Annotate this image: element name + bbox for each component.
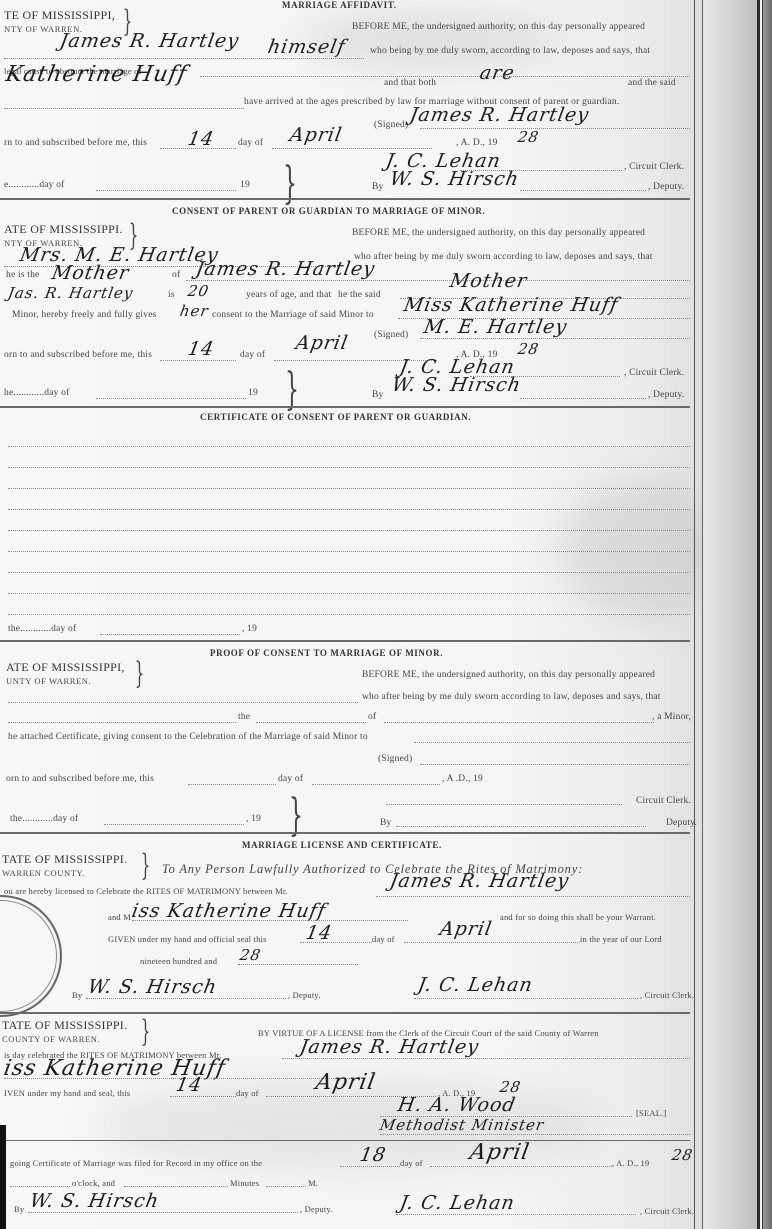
handwritten-minor-short: Jas. R. Hartley [6,284,135,302]
blank-line [4,108,244,109]
circuit-clerk-label: Circuit Clerk. [636,796,691,806]
handwritten-are: are [478,62,517,84]
day-of-text: day of [278,774,303,784]
deputy-label: Deputy. [666,818,697,828]
given-under-text: GIVEN under my hand and official seal th… [108,934,267,944]
circuit-clerk-label: , Circuit Clerk. [640,990,694,1000]
blank-line [8,593,690,594]
deputy-signature: W. S. Hirsch [388,168,521,190]
year-prefix: , 19 [242,624,257,634]
blank-line [396,1214,636,1215]
by-label: By [14,1204,24,1214]
and-the-said-text: and the said [628,78,676,88]
handwritten-bride: Katherine Huff [4,62,189,87]
signed-label: (Signed) [378,754,412,764]
deputy-label: , Deputy. [648,182,684,192]
state-label: ATE OF MISSISSIPPI. [4,222,123,237]
blank-line [8,572,690,573]
handwritten-day: 14 [186,338,216,360]
handwritten-groom: James R. Hartley [298,1036,481,1058]
by-label: By [372,390,384,400]
blank-line [414,998,638,999]
county-label: WARREN COUNTY. [2,868,85,878]
the-label: the [238,712,250,722]
official-seal-impression [0,895,62,1017]
brace: } [135,656,145,691]
photocopy-smudge [560,480,720,620]
clerk-signature: J. C. Lehan [416,974,535,996]
oclock-text: o'clock, and [72,1178,115,1188]
who-after-text: who after being by me duly sworn accordi… [362,692,661,702]
section-divider [0,640,690,642]
blank-line [170,1096,236,1097]
blank-line [404,942,580,943]
blank-line [8,509,690,510]
handwritten-year: 28 [516,128,540,146]
ad-label: , A. D., 19 [456,138,498,148]
brace: } [141,1014,151,1049]
brace: } [141,848,151,883]
state-label: ATE OF MISSISSIPPI, [6,660,125,675]
handwritten-officiant: H. A. Wood [396,1094,518,1116]
of-label: of [368,712,376,722]
blank-line [8,614,690,615]
handwritten-month: April [314,1070,378,1095]
handwritten-consent-to: Miss Katherine Huff [402,294,620,316]
and-that-both-text: and that both [384,78,436,88]
blank-line [4,58,364,59]
attached-certificate-text: he attached Certificate, giving consent … [8,732,368,742]
blank-line [8,722,236,723]
handwritten-minor: James R. Hartley [194,258,377,280]
blank-line [8,446,690,447]
who-after-text: who after being by me duly sworn accordi… [354,252,653,262]
section-divider [0,832,690,834]
blank-line [266,1186,306,1187]
state-label: TE OF MISSISSIPPI, [4,8,115,23]
blank-line [238,964,358,965]
blank-line [312,784,440,785]
filed-text: going Certificate of Marriage was filed … [10,1158,262,1168]
blank-line [380,1134,690,1135]
blank-line [396,826,646,827]
handwritten-month: April [468,1140,532,1165]
blank-line [282,1058,690,1059]
he-the-said-text: he the said [338,290,381,300]
day-of-text: day of [372,934,395,944]
blank-line [8,530,690,531]
blank-line [100,634,240,635]
sworn-text: rn to and subscribed before me, this [4,138,147,148]
handwritten-age: 20 [186,282,210,300]
blank-line [186,280,690,281]
sworn-text: orn to and subscribed before me, this [4,350,152,360]
by-label: By [372,182,384,192]
the-day-of-text: the............day of [8,624,76,634]
handwritten-day: 14 [304,922,334,944]
blank-line [28,1212,298,1213]
state-label: TATE OF MISSISSIPPI. [2,1018,127,1033]
deputy-signature: W. S. Hirsch [28,1190,161,1212]
blank-line [420,338,690,339]
blank-line [200,76,690,77]
handwritten-month: April [294,332,350,354]
a-minor-label: , a Minor, [652,712,691,722]
warrant-text: and for so doing this shall be your Warr… [500,912,656,922]
section-title: CERTIFICATE OF CONSENT OF PARENT OR GUAR… [200,412,471,422]
blank-line [414,742,690,743]
seal-label: [SEAL.] [636,1108,666,1118]
blank-line [272,148,432,149]
blank-line [86,998,286,999]
circuit-clerk-label: , Circuit Clerk. [624,368,684,378]
blank-line [8,488,690,489]
handwritten-groom: James R. Hartley [388,870,571,892]
given-under-text: IVEN under my hand and seal, this [4,1088,130,1098]
blank-line [420,128,690,129]
handwritten-signature: M. E. Hartley [422,316,569,338]
section-divider [0,1012,690,1014]
handwritten-relation-again: Mother [448,270,529,292]
the-day-of-text: e............day of [4,180,65,190]
blank-line [188,784,276,785]
day-of-text: day of [238,138,263,148]
years-of-age-text: years of age, and that [246,290,331,300]
who-being-text: who being by me duly sworn, according to… [370,46,650,56]
handwritten-day: 14 [186,128,216,150]
handwritten-bride: iss Katherine Huff [130,900,328,922]
blank-line [520,190,646,191]
nineteen-hundred-text: nineteen hundred and [140,956,217,966]
is-label: is [168,290,175,300]
the-day-of-text: the............day of [10,814,78,824]
blank-line [384,722,654,723]
minor-hereby-text: Minor, hereby freely and fully gives [12,310,157,320]
blank-line [8,551,690,552]
handwritten-year: 28 [670,1146,694,1164]
brace: } [283,158,297,209]
handwritten-relation: Mother [50,262,131,284]
margin-rule [694,0,695,1229]
year-prefix: 19 [248,388,258,398]
section-divider [0,198,690,200]
he-is-the-text: he is the [6,270,39,280]
handwritten-year: 28 [238,946,262,964]
deputy-signature: W. S. Hirsch [390,374,523,396]
blank-line [96,190,236,191]
handwritten-pronoun: her [178,302,210,320]
blank-line [10,1186,70,1187]
handwritten-month: April [288,124,344,146]
blank-line [124,1186,228,1187]
blank-line [386,804,622,805]
section-title: MARRIAGE LICENSE AND CERTIFICATE. [242,840,442,850]
sworn-text: orn to and subscribed before me, this [6,774,154,784]
blank-line [132,920,408,921]
minutes-text: Minutes [230,1178,259,1188]
blank-line [340,1166,400,1167]
signed-label: (Signed) [374,120,408,130]
circuit-clerk-label: , Circuit Clerk. [624,162,684,172]
county-label: COUNTY OF WARREN. [2,1034,100,1044]
record-page: MARRIAGE AFFIDAVIT. TE OF MISSISSIPPI, N… [0,0,720,1229]
margin-rule [702,0,703,1229]
handwritten-day: 14 [174,1074,204,1096]
ad-label: , A. D., 19 [612,1158,649,1168]
section-title: CONSENT OF PARENT OR GUARDIAN TO MARRIAG… [172,206,485,216]
blank-line [8,702,358,703]
blank-line [256,722,366,723]
scan-border [0,1125,6,1229]
handwritten-day: 18 [358,1144,388,1166]
section-divider [0,1140,690,1141]
blank-line [160,360,236,361]
handwritten-signature: James R. Hartley [408,104,591,126]
day-of-text: day of [236,1088,259,1098]
section-divider [0,406,690,408]
circuit-clerk-label: , Circuit Clerk. [640,1206,694,1216]
signed-label: (Signed) [374,330,408,340]
and-m-text: and M [108,912,131,922]
handwritten-himself: himself [266,36,347,58]
handwritten-month: April [438,918,494,940]
deputy-signature: W. S. Hirsch [86,976,219,998]
ad-label: , A .D., 19 [442,774,483,784]
day-of-text: day of [240,350,265,360]
state-label: TATE OF MISSISSIPPI. [2,852,127,867]
before-me-text: BEFORE ME, the undersigned authority, on… [362,670,655,680]
handwritten-applicant: James R. Hartley [58,30,241,52]
page-edge-shadow [763,0,772,1229]
hereby-licensed-text: ou are hereby licensed to Celebrate the … [4,886,288,896]
year-prefix: , 19 [246,814,261,824]
handwritten-officiant-title: Methodist Minister [378,1116,545,1134]
binding-edge [757,0,760,1229]
year-prefix: 19 [240,180,250,190]
by-label: By [72,990,82,1000]
blank-line [420,764,690,765]
of-label: of [172,270,180,280]
blank-line [520,398,646,399]
m-label: M. [308,1178,318,1188]
blank-line [376,896,690,897]
deputy-label: , Deputy. [288,990,321,1000]
deputy-label: , Deputy. [300,1204,333,1214]
deputy-label: , Deputy. [648,390,684,400]
before-me-text: BEFORE ME, the undersigned authority, on… [352,22,645,32]
consent-to-text: consent to the Marriage of said Minor to [212,310,374,320]
blank-line [96,398,246,399]
before-me-text: BEFORE ME, the undersigned authority, on… [352,228,645,238]
blank-line [300,942,372,943]
blank-line [104,824,244,825]
by-label: By [380,818,392,828]
book-binding [703,0,759,1229]
blank-line [430,1166,612,1167]
clerk-signature: J. C. Lehan [398,1192,517,1214]
day-of-text: day of [400,1158,423,1168]
county-label: UNTY OF WARREN. [6,676,91,686]
the-day-of-text: he............day of [4,388,69,398]
blank-line [8,467,690,468]
section-title: MARRIAGE AFFIDAVIT. [282,0,397,10]
handwritten-year: 28 [516,340,540,358]
year-of-lord-text: in the year of our Lord [580,934,662,944]
section-title: PROOF OF CONSENT TO MARRIAGE OF MINOR. [210,648,443,658]
